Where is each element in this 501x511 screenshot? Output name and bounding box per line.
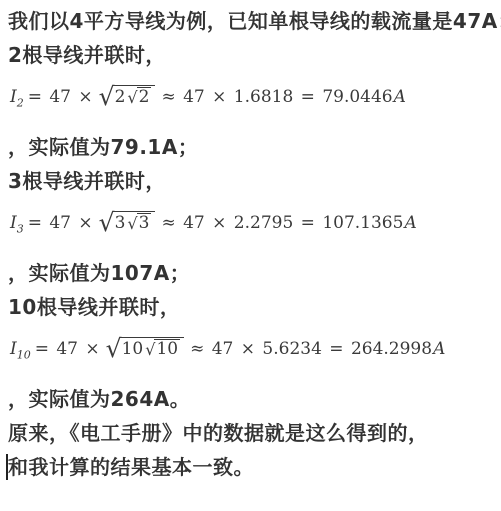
- outer-radicand: 2: [115, 87, 126, 107]
- inner-radical-icon: √: [127, 90, 137, 106]
- formula-unit: A: [394, 87, 406, 107]
- outer-radicand: 3: [115, 213, 126, 233]
- formula-pre: = 47 ×: [35, 339, 100, 359]
- outer-radical-icon: √: [99, 84, 115, 109]
- outer-radical-icon: √: [99, 210, 115, 235]
- text-cursor: [6, 454, 8, 480]
- formula-variable: I: [10, 339, 17, 359]
- article-body[interactable]: 我们以4平方导线为例，已知单根导线的载流量是47A： 2根导线并联时， I2= …: [0, 0, 501, 511]
- text-line-parallel-3: 3根导线并联时，: [8, 164, 497, 198]
- outer-radical-icon: √: [106, 336, 122, 361]
- formula-i2: I2= 47 ×√2√2≈ 47 × 1.6818 = 79.0446A: [10, 81, 497, 111]
- formula-pre: = 47 ×: [28, 87, 93, 107]
- text-line-actual-107: ，实际值为107A；: [8, 256, 497, 290]
- text-line-actual-79: ，实际值为79.1A；: [8, 130, 497, 164]
- formula-variable: I: [10, 87, 17, 107]
- formula-subscript: 10: [17, 348, 31, 361]
- formula-variable: I: [10, 213, 17, 233]
- nested-radical: √3√3: [99, 207, 156, 238]
- formula-i10: I10= 47 ×√10√10≈ 47 × 5.6234 = 264.2998A: [10, 333, 497, 363]
- formula-subscript: 2: [17, 96, 24, 109]
- text-line-conclusion-2: 和我计算的结果基本一致。: [8, 450, 497, 484]
- formula-post: ≈ 47 × 5.6234 = 264.2998: [190, 339, 432, 359]
- formula-post: ≈ 47 × 2.2795 = 107.1365: [161, 213, 403, 233]
- formula-pre: = 47 ×: [28, 213, 93, 233]
- formula-subscript: 3: [17, 222, 24, 235]
- text-line-intro-1: 我们以4平方导线为例，已知单根导线的载流量是47A：: [8, 4, 497, 38]
- inner-radicand: 3: [137, 213, 152, 233]
- text-line-actual-264: ，实际值为264A。: [8, 382, 497, 416]
- text-line-parallel-10: 10根导线并联时，: [8, 290, 497, 324]
- nested-radical: √2√2: [99, 81, 156, 112]
- inner-radicand: 2: [137, 87, 152, 107]
- conclusion-text: 和我计算的结果基本一致。: [8, 455, 254, 479]
- nested-radical: √10√10: [106, 333, 184, 364]
- inner-radical-icon: √: [145, 342, 155, 358]
- formula-unit: A: [433, 339, 445, 359]
- inner-radical-icon: √: [127, 216, 137, 232]
- formula-post: ≈ 47 × 1.6818 = 79.0446: [161, 87, 392, 107]
- formula-i3: I3= 47 ×√3√3≈ 47 × 2.2795 = 107.1365A: [10, 207, 497, 237]
- formula-unit: A: [404, 213, 416, 233]
- outer-radicand: 10: [122, 339, 144, 359]
- text-line-conclusion-1: 原来，《电工手册》中的数据就是这么得到的，: [8, 416, 497, 450]
- inner-radicand: 10: [154, 339, 180, 359]
- text-line-intro-2: 2根导线并联时，: [8, 38, 497, 72]
